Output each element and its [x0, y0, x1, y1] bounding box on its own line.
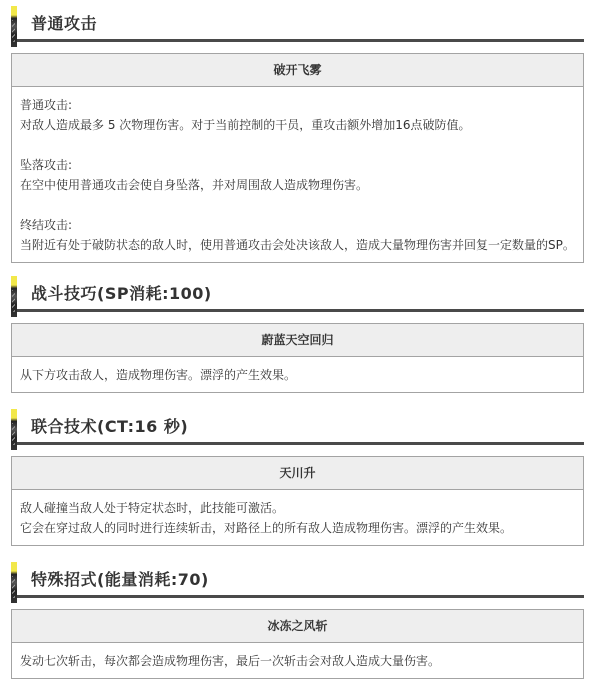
section-battle-skill: 战斗技巧(SP消耗:100) 蔚蓝天空回归 从下方攻击敌人，造成物理伤害。漂浮的…	[11, 272, 584, 393]
section-title: 普通攻击	[31, 11, 97, 34]
skill-description: 普通攻击: 对敌人造成最多 5 次物理伤害。对于当前控制的干员，重攻击额外增加1…	[12, 87, 583, 262]
skill-table: 天川升 敌人碰撞当敌人处于特定状态时，此技能可激活。 它会在穿过敌人的同时进行连…	[11, 456, 584, 546]
description-line: 坠落攻击:	[20, 155, 575, 175]
skill-name: 冰冻之风斩	[12, 610, 583, 643]
section-title: 联合技术(CT:16 秒)	[31, 414, 188, 437]
section-normal-attack: 普通攻击 破开飞雾 普通攻击: 对敌人造成最多 5 次物理伤害。对于当前控制的干…	[11, 2, 584, 263]
skill-table: 破开飞雾 普通攻击: 对敌人造成最多 5 次物理伤害。对于当前控制的干员，重攻击…	[11, 53, 584, 263]
skill-description: 敌人碰撞当敌人处于特定状态时，此技能可激活。 它会在穿过敌人的同时进行连续斩击，…	[12, 490, 583, 545]
description-line: 敌人碰撞当敌人处于特定状态时，此技能可激活。	[20, 498, 575, 518]
section-header: 战斗技巧(SP消耗:100)	[11, 272, 584, 312]
description-line: 它会在穿过敌人的同时进行连续斩击，对路径上的所有敌人造成物理伤害。漂浮的产生效果…	[20, 518, 575, 538]
description-line: 从下方攻击敌人，造成物理伤害。漂浮的产生效果。	[20, 365, 575, 385]
skill-table: 蔚蓝天空回归 从下方攻击敌人，造成物理伤害。漂浮的产生效果。	[11, 323, 584, 393]
section-marker-icon	[11, 409, 17, 450]
section-marker-icon	[11, 6, 17, 47]
skill-name: 破开飞雾	[12, 54, 583, 87]
description-line: 在空中使用普通攻击会使自身坠落，并对周围敌人造成物理伤害。	[20, 175, 575, 195]
section-combo-skill: 联合技术(CT:16 秒) 天川升 敌人碰撞当敌人处于特定状态时，此技能可激活。…	[11, 405, 584, 546]
section-ultimate: 特殊招式(能量消耗:70) 冰冻之风斩 发动七次斩击，每次都会造成物理伤害，最后…	[11, 558, 584, 679]
description-line: 普通攻击:	[20, 95, 575, 115]
description-line: 对敌人造成最多 5 次物理伤害。对于当前控制的干员，重攻击额外增加16点破防值。	[20, 115, 575, 135]
line-gap	[20, 195, 575, 215]
description-line: 当附近有处于破防状态的敌人时，使用普通攻击会处决该敌人，造成大量物理伤害并回复一…	[20, 235, 575, 255]
description-line: 发动七次斩击，每次都会造成物理伤害，最后一次斩击会对敌人造成大量伤害。	[20, 651, 575, 671]
section-title: 战斗技巧(SP消耗:100)	[31, 281, 212, 304]
description-line: 终结攻击:	[20, 215, 575, 235]
section-header: 联合技术(CT:16 秒)	[11, 405, 584, 445]
section-header: 普通攻击	[11, 2, 584, 42]
skill-description: 发动七次斩击，每次都会造成物理伤害，最后一次斩击会对敌人造成大量伤害。	[12, 643, 583, 678]
skill-page: 普通攻击 破开飞雾 普通攻击: 对敌人造成最多 5 次物理伤害。对于当前控制的干…	[0, 2, 596, 679]
line-gap	[20, 135, 575, 155]
section-title: 特殊招式(能量消耗:70)	[31, 567, 209, 590]
skill-name: 天川升	[12, 457, 583, 490]
skill-table: 冰冻之风斩 发动七次斩击，每次都会造成物理伤害，最后一次斩击会对敌人造成大量伤害…	[11, 609, 584, 679]
skill-description: 从下方攻击敌人，造成物理伤害。漂浮的产生效果。	[12, 357, 583, 392]
section-header: 特殊招式(能量消耗:70)	[11, 558, 584, 598]
skill-name: 蔚蓝天空回归	[12, 324, 583, 357]
section-marker-icon	[11, 562, 17, 603]
section-marker-icon	[11, 276, 17, 317]
